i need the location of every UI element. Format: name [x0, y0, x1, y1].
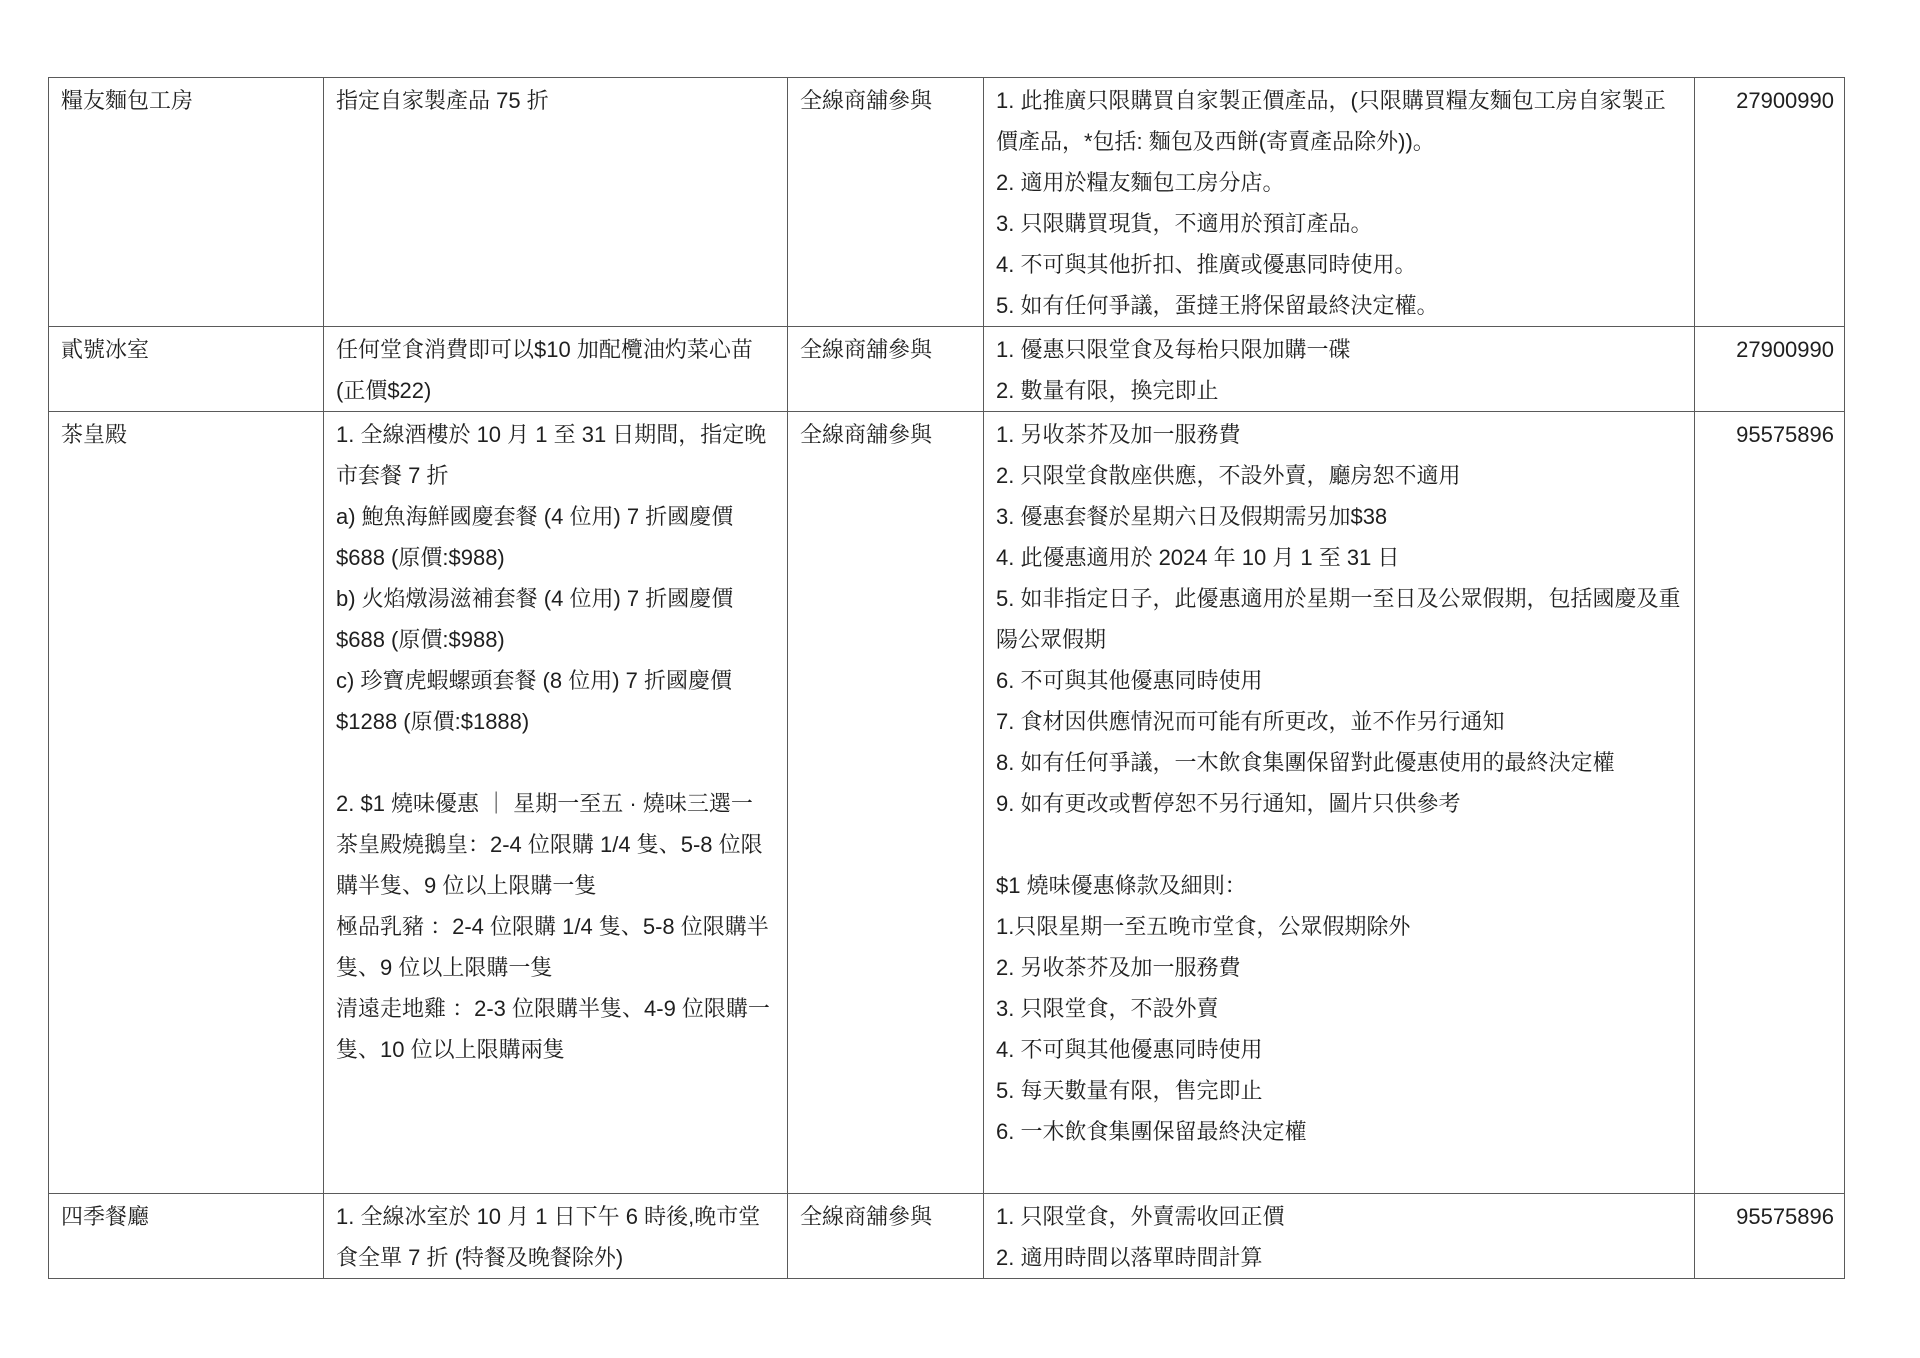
blank-line	[336, 742, 777, 783]
term-line: 6. 不可與其他優惠同時使用	[996, 660, 1684, 701]
phone-number: 95575896	[1695, 1194, 1845, 1279]
promotions-table: 糧友麵包工房 指定自家製產品 75 折 全線商舖參與 1. 此推廣只限購買自家製…	[48, 77, 1845, 1279]
term-line: 5. 每天數量有限，售完即止	[996, 1070, 1684, 1111]
term-line: 5. 如有任何爭議，蛋撻王將保留最終決定權。	[996, 285, 1684, 326]
shop-name: 糧友麵包工房	[49, 78, 324, 327]
terms-cell: 1. 另收茶芥及加一服務費 2. 只限堂食散座供應，不設外賣，廳房恕不適用 3.…	[984, 412, 1695, 1194]
term-line: 1.只限星期一至五晚市堂食，公眾假期除外	[996, 906, 1684, 947]
term-line: 9. 如有更改或暫停恕不另行通知，圖片只供參考	[996, 783, 1684, 824]
offer-cell: 任何堂食消費即可以$10 加配欖油灼菜心苗(正價$22)	[324, 327, 788, 412]
term-line: 1. 另收茶芥及加一服務費	[996, 414, 1684, 455]
shop-name: 貳號冰室	[49, 327, 324, 412]
terms-cell: 1. 只限堂食，外賣需收回正價 2. 適用時間以落單時間計算	[984, 1194, 1695, 1279]
offer-line: c) 珍寶虎蝦螺頭套餐 (8 位用) 7 折國慶價$1288 (原價:$1888…	[336, 660, 777, 742]
term-line: 5. 如非指定日子，此優惠適用於星期一至日及公眾假期，包括國慶及重陽公眾假期	[996, 578, 1684, 660]
term-line: 2. 數量有限，換完即止	[996, 370, 1684, 411]
terms-cell: 1. 優惠只限堂食及每枱只限加購一碟 2. 數量有限，換完即止	[984, 327, 1695, 412]
offer-line: 茶皇殿燒鵝皇：2-4 位限購 1/4 隻、5-8 位限購半隻、9 位以上限購一隻	[336, 824, 777, 906]
offer-line: a) 鮑魚海鮮國慶套餐 (4 位用) 7 折國慶價$688 (原價:$988)	[336, 496, 777, 578]
term-line: 2. 適用於糧友麵包工房分店。	[996, 162, 1684, 203]
term-line: 1. 優惠只限堂食及每枱只限加購一碟	[996, 329, 1684, 370]
term-line: 4. 不可與其他折扣、推廣或優惠同時使用。	[996, 244, 1684, 285]
term-line: 2. 適用時間以落單時間計算	[996, 1237, 1684, 1278]
shop-name: 茶皇殿	[49, 412, 324, 1194]
term-line: 3. 優惠套餐於星期六日及假期需另加$38	[996, 496, 1684, 537]
table-row: 貳號冰室 任何堂食消費即可以$10 加配欖油灼菜心苗(正價$22) 全線商舖參與…	[49, 327, 1845, 412]
offer-cell: 指定自家製產品 75 折	[324, 78, 788, 327]
term-line: 3. 只限購買現貨，不適用於預訂產品。	[996, 203, 1684, 244]
term-line: 2. 只限堂食散座供應，不設外賣，廳房恕不適用	[996, 455, 1684, 496]
term-line: 7. 食材因供應情況而可能有所更改，並不作另行通知	[996, 701, 1684, 742]
table-row: 四季餐廳 1. 全線冰室於 10 月 1 日下午 6 時後,晚市堂食全單 7 折…	[49, 1194, 1845, 1279]
scope-cell: 全線商舖參與	[788, 327, 984, 412]
offer-line: 任何堂食消費即可以$10 加配欖油灼菜心苗(正價$22)	[336, 329, 777, 411]
phone-number: 27900990	[1695, 327, 1845, 412]
shop-name: 四季餐廳	[49, 1194, 324, 1279]
term-line: 3. 只限堂食，不設外賣	[996, 988, 1684, 1029]
phone-number: 95575896	[1695, 412, 1845, 1194]
term-line: 2. 另收茶芥及加一服務費	[996, 947, 1684, 988]
offer-line: 2. $1 燒味優惠 ｜ 星期一至五 · 燒味三選一	[336, 783, 777, 824]
scope-cell: 全線商舖參與	[788, 78, 984, 327]
term-line: 4. 不可與其他優惠同時使用	[996, 1029, 1684, 1070]
term-line: 8. 如有任何爭議，一木飲食集團保留對此優惠使用的最終決定權	[996, 742, 1684, 783]
offer-line: 極品乳豬 ：2-4 位限購 1/4 隻、5-8 位限購半隻、9 位以上限購一隻	[336, 906, 777, 988]
blank-line	[996, 824, 1684, 865]
term-line: 6. 一木飲食集團保留最終決定權	[996, 1111, 1684, 1152]
phone-number: 27900990	[1695, 78, 1845, 327]
offer-line: b) 火焰燉湯滋補套餐 (4 位用) 7 折國慶價$688 (原價:$988)	[336, 578, 777, 660]
term-line: 4. 此優惠適用於 2024 年 10 月 1 至 31 日	[996, 537, 1684, 578]
offer-line: 1. 全線酒樓於 10 月 1 至 31 日期間，指定晚市套餐 7 折	[336, 414, 777, 496]
term-line: 1. 此推廣只限購買自家製正價產品，(只限購買糧友麵包工房自家製正價產品，*包括…	[996, 80, 1684, 162]
scope-cell: 全線商舖參與	[788, 412, 984, 1194]
offer-line: 1. 全線冰室於 10 月 1 日下午 6 時後,晚市堂食全單 7 折 (特餐及…	[336, 1196, 777, 1278]
offer-line: 指定自家製產品 75 折	[336, 80, 777, 121]
terms-cell: 1. 此推廣只限購買自家製正價產品，(只限購買糧友麵包工房自家製正價產品，*包括…	[984, 78, 1695, 327]
term-line: 1. 只限堂食，外賣需收回正價	[996, 1196, 1684, 1237]
offer-line: 清遠走地雞 ：2-3 位限購半隻、4-9 位限購一隻、10 位以上限購兩隻	[336, 988, 777, 1070]
offer-cell: 1. 全線冰室於 10 月 1 日下午 6 時後,晚市堂食全單 7 折 (特餐及…	[324, 1194, 788, 1279]
table-row: 糧友麵包工房 指定自家製產品 75 折 全線商舖參與 1. 此推廣只限購買自家製…	[49, 78, 1845, 327]
offer-cell: 1. 全線酒樓於 10 月 1 至 31 日期間，指定晚市套餐 7 折 a) 鮑…	[324, 412, 788, 1194]
scope-cell: 全線商舖參與	[788, 1194, 984, 1279]
term-subheading: $1 燒味優惠條款及細則：	[996, 865, 1684, 906]
table-row: 茶皇殿 1. 全線酒樓於 10 月 1 至 31 日期間，指定晚市套餐 7 折 …	[49, 412, 1845, 1194]
